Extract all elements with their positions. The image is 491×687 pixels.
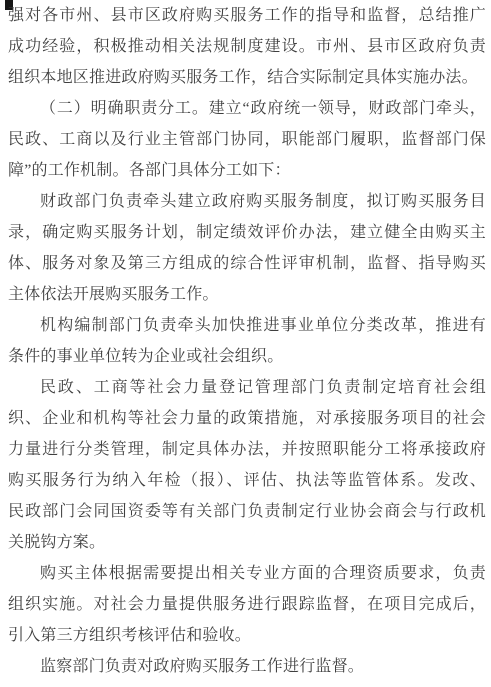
text-line: 民政、工商等社会力量登记管理部门负责制定培育社会组 [8, 372, 486, 403]
paragraph: 机构编制部门负责牵头加快推进事业单位分类改革，推进有条件的事业单位转为企业或社会… [8, 310, 486, 372]
text-line: 机构编制部门负责牵头加快推进事业单位分类改革，推进有 [8, 310, 486, 341]
text-line: 引入第三方组织考核评估和验收。 [8, 620, 486, 651]
text-line: 民政部门会同国资委等有关部门负责制定行业协会商会与行政机 [8, 496, 486, 527]
text-line: 组织本地区推进政府购买服务工作，结合实际制定具体实施办法。 [8, 62, 486, 93]
text-line: 财政部门负责牵头建立政府购买服务制度，拟订购买服务目 [8, 186, 486, 217]
text-line: 成功经验，积极推动相关法规制度建设。市州、县市区政府负责 [8, 31, 486, 62]
text-line: 民政、工商以及行业主管部门协同，职能部门履职，监督部门保 [8, 124, 486, 155]
paragraph: 监察部门负责对政府购买服务工作进行监督。 [8, 651, 486, 682]
text-line: 织、企业和机构等社会力量的政策措施，对承接服务项目的社会 [8, 403, 486, 434]
text-line: 购买服务行为纳入年检（报）、评估、执法等监管体系。发改、 [8, 465, 486, 496]
text-line: 强对各市州、县市区政府购买服务工作的指导和监督，总结推广 [8, 0, 486, 31]
document-body: 强对各市州、县市区政府购买服务工作的指导和监督，总结推广成功经验，积极推动相关法… [8, 0, 486, 682]
text-line: 体、服务对象及第三方组成的综合性评审机制，监督、指导购买 [8, 248, 486, 279]
paragraph: 强对各市州、县市区政府购买服务工作的指导和监督，总结推广成功经验，积极推动相关法… [8, 0, 486, 93]
text-line: 组织实施。对社会力量提供服务进行跟踪监督，在项目完成后， [8, 589, 486, 620]
text-line: 主体依法开展购买服务工作。 [8, 279, 486, 310]
paragraph: 民政、工商等社会力量登记管理部门负责制定培育社会组织、企业和机构等社会力量的政策… [8, 372, 486, 558]
paragraph: （二）明确职责分工。建立“政府统一领导，财政部门牵头，民政、工商以及行业主管部门… [8, 93, 486, 186]
document-page: 强对各市州、县市区政府购买服务工作的指导和监督，总结推广成功经验，积极推动相关法… [0, 0, 491, 687]
text-line: 障”的工作机制。各部门具体分工如下： [8, 155, 486, 186]
text-line: 力量进行分类管理，制定具体办法，并按照职能分工将承接政府 [8, 434, 486, 465]
text-line: 监察部门负责对政府购买服务工作进行监督。 [8, 651, 486, 682]
text-line: （二）明确职责分工。建立“政府统一领导，财政部门牵头， [8, 93, 486, 124]
paragraph: 财政部门负责牵头建立政府购买服务制度，拟订购买服务目录，确定购买服务计划，制定绩… [8, 186, 486, 310]
text-line: 购买主体根据需要提出相关专业方面的合理资质要求，负责 [8, 558, 486, 589]
text-line: 录，确定购买服务计划，制定绩效评价办法，建立健全由购买主 [8, 217, 486, 248]
text-line: 关脱钩方案。 [8, 527, 486, 558]
text-line: 条件的事业单位转为企业或社会组织。 [8, 341, 486, 372]
paragraph: 购买主体根据需要提出相关专业方面的合理资质要求，负责组织实施。对社会力量提供服务… [8, 558, 486, 651]
